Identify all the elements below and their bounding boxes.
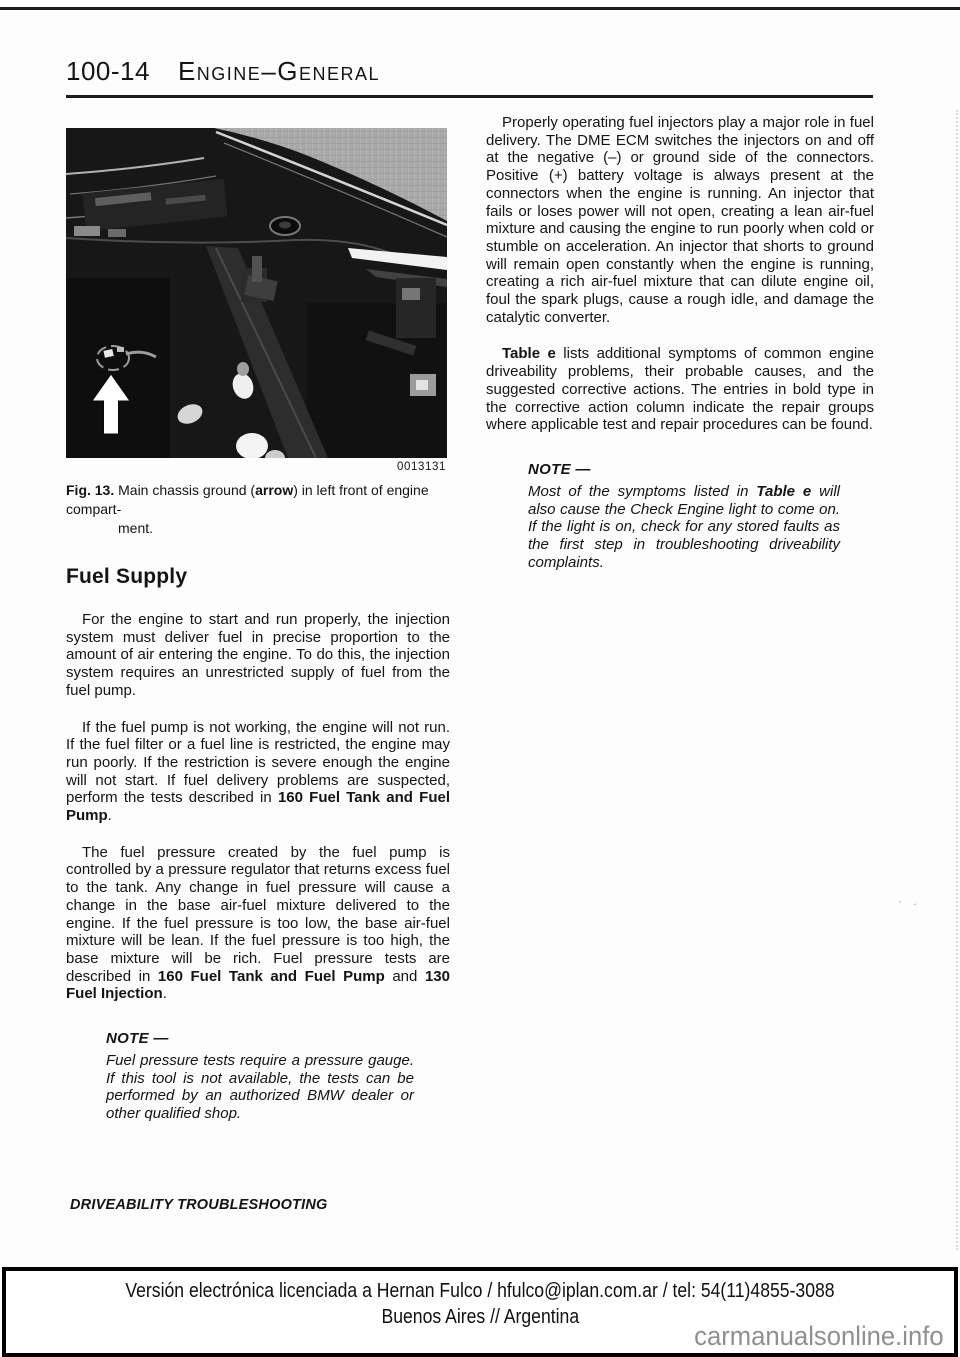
- left-column: 0013131 Fig. 13. Main chassis ground (ar…: [66, 128, 450, 1123]
- manual-page: 100-14Engine–General: [0, 0, 960, 1357]
- note-body: Fuel pressure tests require a pressure g…: [106, 1052, 414, 1123]
- fuel-supply-paragraph-3: The fuel pressure created by the fuel pu…: [66, 844, 450, 1003]
- fuel-injector-paragraph: Properly operating fuel injectors play a…: [486, 114, 874, 326]
- license-line: Versión electrónica licenciada a Hernan …: [6, 1280, 954, 1303]
- table-e-reference: Table e: [502, 345, 556, 362]
- fuel-supply-paragraph-2: If the fuel pump is not working, the eng…: [66, 719, 450, 825]
- paragraph-text: .: [108, 807, 112, 824]
- note-label: NOTE —: [106, 1030, 414, 1047]
- paragraph-text: and: [385, 968, 425, 985]
- table-e-note: NOTE — Most of the symptoms listed in Ta…: [528, 461, 840, 572]
- figure-caption-text: Main chassis ground (: [114, 482, 255, 498]
- figure-caption-line2: ment.: [66, 519, 450, 538]
- page-top-rule: [0, 7, 960, 10]
- paragraph-text: The fuel pressure created by the fuel pu…: [66, 844, 450, 985]
- table-e-reference: Table e: [756, 483, 811, 500]
- page-edge-artifact: [956, 110, 958, 1250]
- header-rule: [66, 95, 873, 98]
- page-header: 100-14Engine–General: [66, 56, 380, 87]
- figure-caption: Fig. 13. Main chassis ground (arrow) in …: [66, 481, 450, 538]
- watermark-text: carmanualsonline.info: [694, 1321, 944, 1352]
- repair-group-reference: 160 Fuel Tank and Fuel Pump: [158, 968, 385, 985]
- fuel-supply-paragraph-1: For the engine to start and run properly…: [66, 611, 450, 700]
- note-body: Most of the symptoms listed in Table e w…: [528, 483, 840, 572]
- watermark: carmanualsonline.info: [681, 1321, 944, 1352]
- engine-compartment-photo: [66, 128, 447, 458]
- driveability-troubleshooting-label: DRIVEABILITY TROUBLESHOOTING: [70, 1197, 327, 1213]
- scan-speck: · .: [898, 894, 921, 908]
- right-column: Properly operating fuel injectors play a…: [486, 114, 874, 571]
- figure-caption-arrow-word: arrow: [255, 482, 293, 498]
- fuel-pressure-note: NOTE — Fuel pressure tests require a pre…: [106, 1030, 414, 1123]
- fuel-supply-heading: Fuel Supply: [66, 565, 450, 589]
- location-text: Buenos Aires // Argentina: [381, 1306, 579, 1329]
- section-title: Engine–General: [178, 56, 380, 86]
- figure-caption-label: Fig. 13.: [66, 482, 114, 498]
- table-e-paragraph: Table e lists additional symptoms of com…: [486, 345, 874, 434]
- figure-code: 0013131: [66, 461, 446, 473]
- note-text: Most of the symptoms listed in: [528, 483, 756, 500]
- license-footer: Versión electrónica licenciada a Hernan …: [2, 1267, 958, 1357]
- page-number: 100-14: [66, 56, 150, 86]
- license-text: Versión electrónica licenciada a Hernan …: [125, 1280, 834, 1303]
- note-label: NOTE —: [528, 461, 840, 478]
- paragraph-text: .: [163, 985, 167, 1002]
